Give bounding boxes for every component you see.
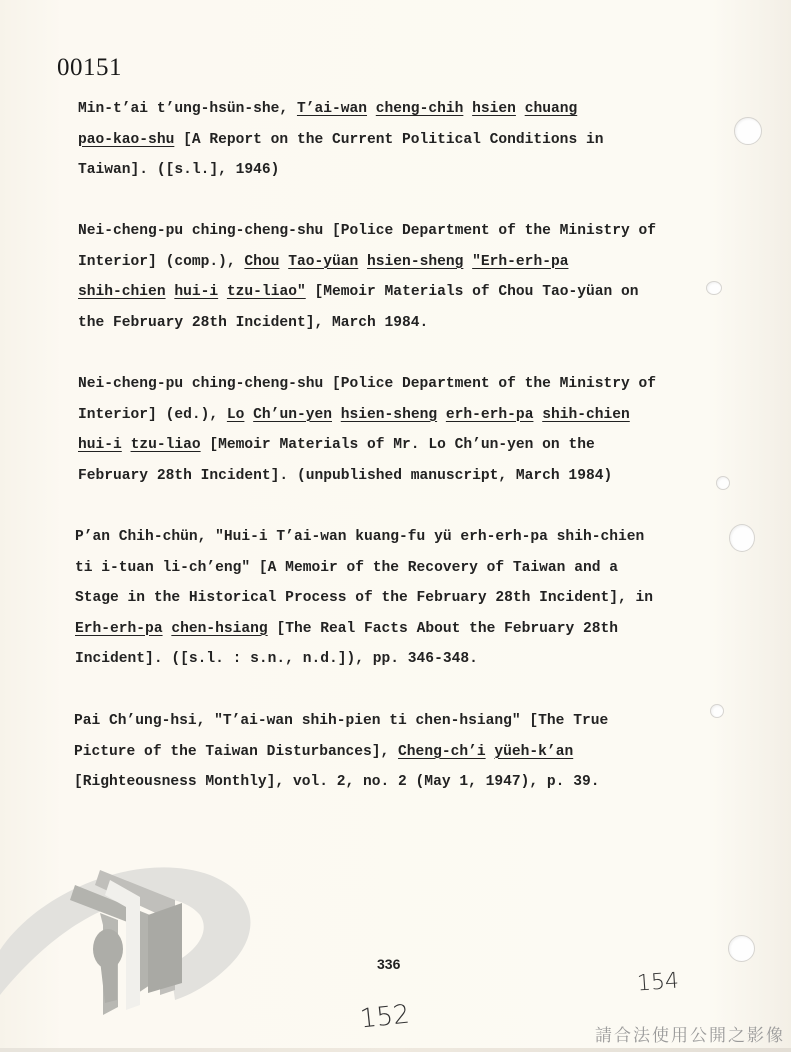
citation-text: [The Real Facts About the February 28th: [268, 621, 618, 637]
underlined-title-text: hui-i: [174, 284, 218, 300]
citation-text: [516, 101, 525, 117]
citation-text: Interior] (comp.),: [78, 254, 244, 270]
entry-line: ti i-tuan li-ch’eng" [A Memoir of the Re…: [75, 553, 725, 584]
citation-text: [533, 407, 542, 423]
entry-line: Pai Ch’ung-hsi, "T’ai-wan shih-pien ti c…: [74, 706, 724, 737]
punch-hole: [728, 935, 755, 962]
page-bottom-edge: [0, 1048, 791, 1052]
bibliography-entry: Nei-cheng-pu ching-cheng-shu [Police Dep…: [78, 216, 728, 338]
handwritten-number: 154: [636, 969, 680, 997]
citation-text: [437, 407, 446, 423]
entry-line: the February 28th Incident], March 1984.: [78, 308, 728, 339]
entry-line: Stage in the Historical Process of the F…: [75, 583, 725, 614]
citation-text: [Memoir Materials of Chou Tao-yüan on: [306, 284, 639, 300]
citation-text: P’an Chih-chün, "Hui-i T’ai-wan kuang-fu…: [75, 529, 644, 545]
punch-hole: [729, 524, 755, 552]
archive-book-keyhole-logo-icon: [0, 855, 260, 1025]
entry-line: shih-chien hui-i tzu-liao" [Memoir Mater…: [78, 277, 728, 308]
usage-watermark-text: 請合法使用公開之影像: [595, 1021, 785, 1046]
entry-line: [Righteousness Monthly], vol. 2, no. 2 (…: [74, 767, 724, 798]
citation-text: [122, 437, 131, 453]
bibliography-entry: Pai Ch’ung-hsi, "T’ai-wan shih-pien ti c…: [74, 706, 724, 798]
citation-text: Nei-cheng-pu ching-cheng-shu [Police Dep…: [78, 223, 656, 239]
underlined-title-text: tzu-liao: [131, 437, 201, 453]
entry-line: Nei-cheng-pu ching-cheng-shu [Police Dep…: [78, 216, 728, 247]
entry-line: Erh-erh-pa chen-hsiang [The Real Facts A…: [75, 614, 725, 645]
citation-text: [463, 254, 472, 270]
punch-hole: [706, 281, 722, 295]
entry-line: pao-kao-shu [A Report on the Current Pol…: [78, 125, 728, 156]
citation-text: Stage in the Historical Process of the F…: [75, 590, 653, 606]
underlined-title-text: "Erh-erh-pa: [472, 254, 568, 270]
bibliography-entry: Nei-cheng-pu ching-cheng-shu [Police Dep…: [78, 369, 728, 491]
citation-text: [332, 407, 341, 423]
underlined-title-text: yüeh-k’an: [494, 744, 573, 760]
underlined-title-text: cheng-chih: [376, 101, 464, 117]
entry-line: Interior] (ed.), Lo Ch’un-yen hsien-shen…: [78, 400, 728, 431]
underlined-title-text: hsien: [472, 101, 516, 117]
underlined-title-text: Erh-erh-pa: [75, 621, 163, 637]
entry-line: February 28th Incident]. (unpublished ma…: [78, 461, 728, 492]
entry-line: Incident]. ([s.l. : s.n., n.d.]), pp. 34…: [75, 644, 725, 675]
underlined-title-text: hsien-sheng: [367, 254, 463, 270]
punch-hole: [710, 704, 724, 718]
citation-text: [Righteousness Monthly], vol. 2, no. 2 (…: [74, 774, 599, 790]
entry-line: P’an Chih-chün, "Hui-i T’ai-wan kuang-fu…: [75, 522, 725, 553]
underlined-title-text: erh-erh-pa: [446, 407, 534, 423]
citation-text: [358, 254, 367, 270]
scanned-document-page: 00151 Min-t’ai t’ung-hsün-she, T’ai-wan …: [0, 0, 791, 1052]
citation-text: Interior] (ed.),: [78, 407, 227, 423]
citation-text: the February 28th Incident], March 1984.: [78, 315, 428, 331]
citation-text: February 28th Incident]. (unpublished ma…: [78, 468, 612, 484]
underlined-title-text: Ch’un-yen: [253, 407, 332, 423]
bibliography-entry: P’an Chih-chün, "Hui-i T’ai-wan kuang-fu…: [75, 522, 725, 675]
underlined-title-text: Lo: [227, 407, 245, 423]
citation-text: ti i-tuan li-ch’eng" [A Memoir of the Re…: [75, 560, 618, 576]
citation-text: [244, 407, 253, 423]
underlined-title-text: chen-hsiang: [171, 621, 267, 637]
entry-line: hui-i tzu-liao [Memoir Materials of Mr. …: [78, 430, 728, 461]
underlined-title-text: Cheng-ch’i: [398, 744, 486, 760]
citation-text: Picture of the Taiwan Disturbances],: [74, 744, 398, 760]
underlined-title-text: hsien-sheng: [341, 407, 437, 423]
entry-line: Interior] (comp.), Chou Tao-yüan hsien-s…: [78, 247, 728, 278]
citation-text: [A Report on the Current Political Condi…: [174, 132, 603, 148]
underlined-title-text: pao-kao-shu: [78, 132, 174, 148]
citation-text: [279, 254, 288, 270]
underlined-title-text: shih-chien: [78, 284, 166, 300]
underlined-title-text: Tao-yüan: [288, 254, 358, 270]
handwritten-number: 152: [359, 999, 412, 1034]
underlined-title-text: T’ai-wan: [297, 101, 367, 117]
citation-text: Nei-cheng-pu ching-cheng-shu [Police Dep…: [78, 376, 656, 392]
underlined-title-text: Chou: [244, 254, 279, 270]
page-number: 336: [377, 956, 400, 972]
underlined-title-text: shih-chien: [542, 407, 630, 423]
citation-text: [367, 101, 376, 117]
underlined-title-text: chuang: [525, 101, 578, 117]
citation-text: [463, 101, 472, 117]
underlined-title-text: tzu-liao": [227, 284, 306, 300]
citation-text: Pai Ch’ung-hsi, "T’ai-wan shih-pien ti c…: [74, 713, 608, 729]
citation-text: [218, 284, 227, 300]
entry-line: Min-t’ai t’ung-hsün-she, T’ai-wan cheng-…: [78, 94, 728, 125]
punch-hole: [716, 476, 730, 490]
archive-number: 00151: [57, 54, 122, 82]
citation-text: Incident]. ([s.l. : s.n., n.d.]), pp. 34…: [75, 651, 478, 667]
entry-line: Nei-cheng-pu ching-cheng-shu [Police Dep…: [78, 369, 728, 400]
entry-line: Taiwan]. ([s.l.], 1946): [78, 155, 728, 186]
bibliography-entry: Min-t’ai t’ung-hsün-she, T’ai-wan cheng-…: [78, 94, 728, 186]
citation-text: [Memoir Materials of Mr. Lo Ch’un-yen on…: [201, 437, 595, 453]
citation-text: Taiwan]. ([s.l.], 1946): [78, 162, 279, 178]
punch-hole: [734, 117, 762, 145]
citation-text: Min-t’ai t’ung-hsün-she,: [78, 101, 297, 117]
underlined-title-text: hui-i: [78, 437, 122, 453]
entry-line: Picture of the Taiwan Disturbances], Che…: [74, 737, 724, 768]
